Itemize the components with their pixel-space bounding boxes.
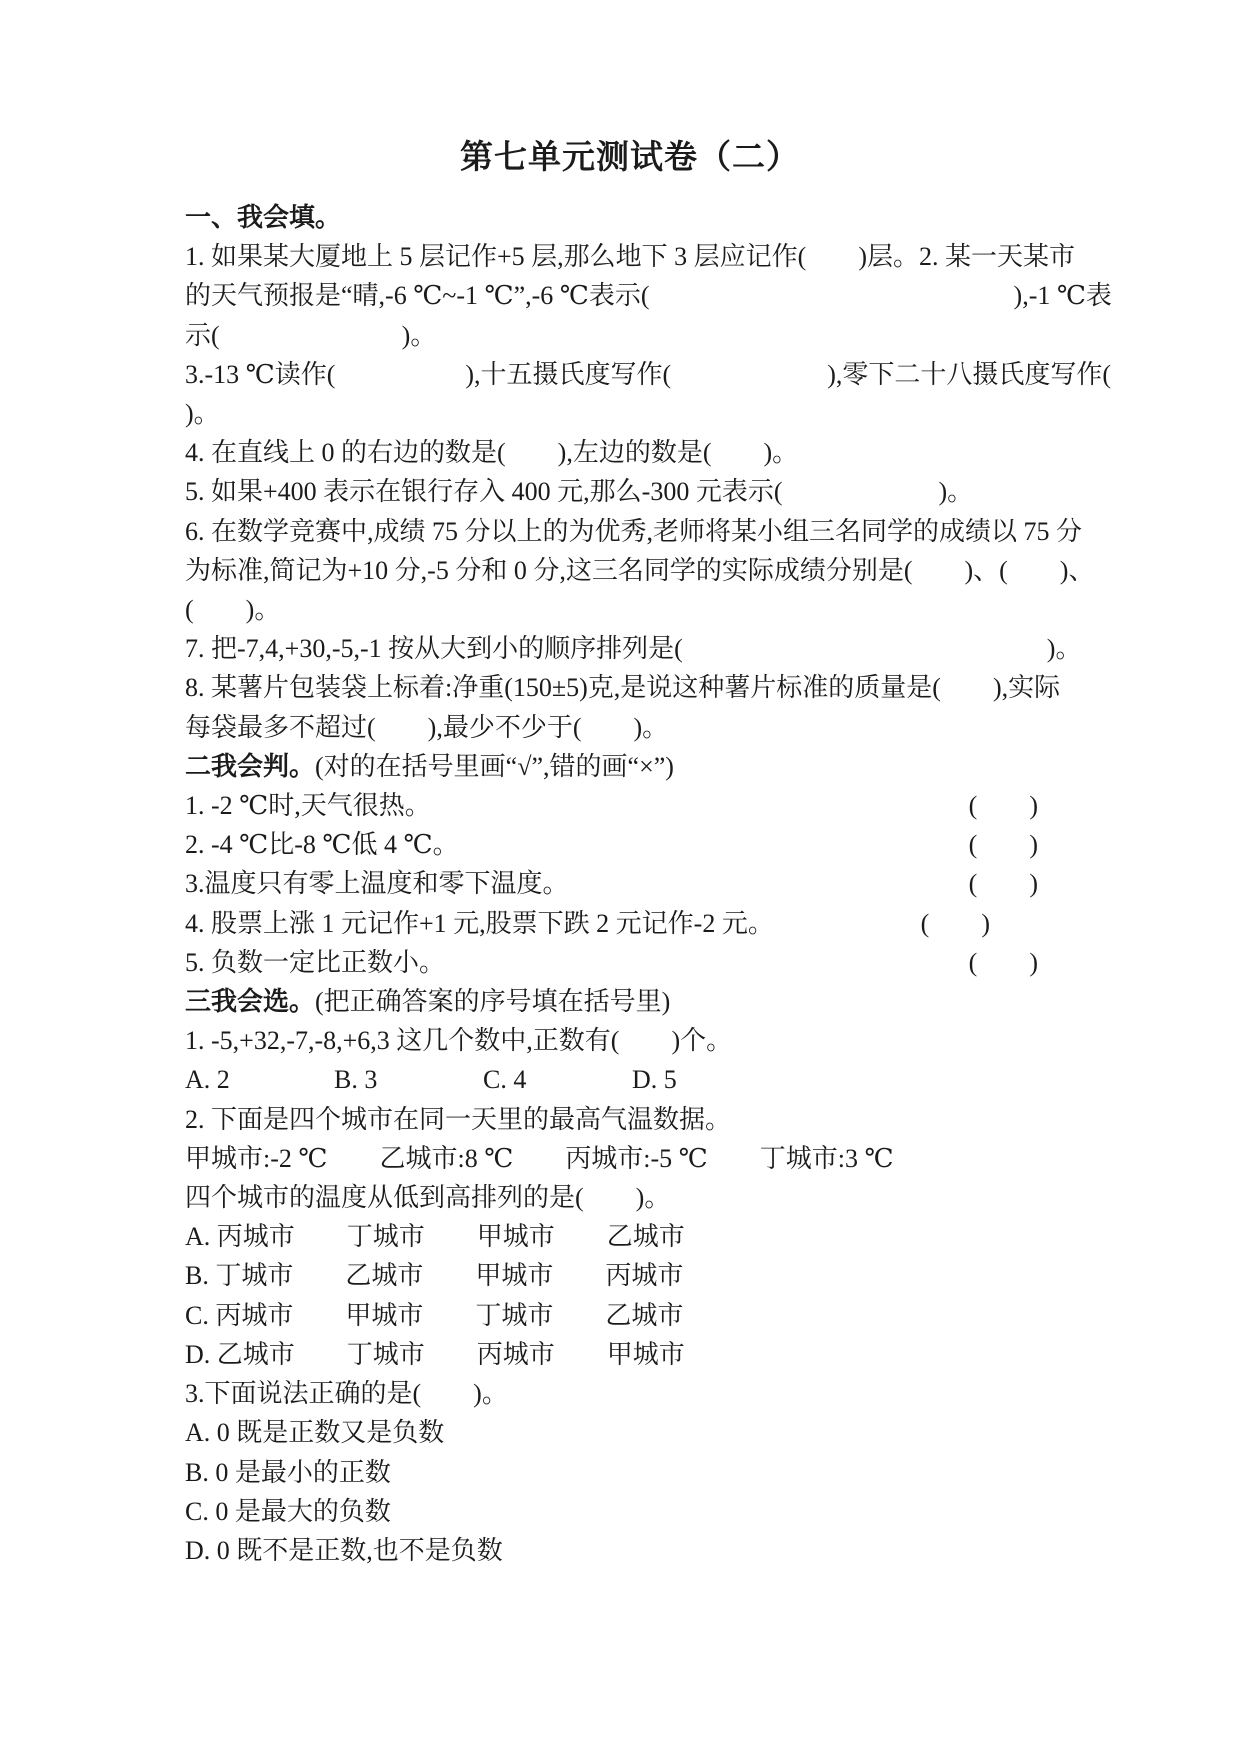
choice-q2-text: 2. 下面是四个城市在同一天里的最高气温数据。 (185, 1100, 1075, 1139)
judge-item-4: 4. 股票上涨 1 元记作+1 元,股票下跌 2 元记作-2 元。( ) (185, 904, 1075, 943)
fill-line-7: 5. 如果+400 表示在银行存入 400 元,那么-300 元表示( )。 (185, 472, 1075, 511)
judge-answer-blank: ( ) (969, 943, 1038, 982)
judge-item-text: 4. 股票上涨 1 元记作+1 元,股票下跌 2 元记作-2 元。 (185, 904, 774, 943)
choice-q2-question: 四个城市的温度从低到高排列的是( )。 (185, 1178, 1075, 1217)
judge-item-text: 1. -2 ℃时,天气很热。 (185, 786, 431, 825)
judge-item-text: 3.温度只有零上温度和零下温度。 (185, 864, 569, 903)
fill-line-13: 每袋最多不超过( ),最少不少于( )。 (185, 708, 1075, 747)
judge-answer-blank: ( ) (969, 786, 1038, 825)
section-1-heading: 一、我会填。 (185, 198, 1075, 237)
judge-answer-blank: ( ) (969, 864, 1038, 903)
choice-q1-text: 1. -5,+32,-7,-8,+6,3 这几个数中,正数有( )个。 (185, 1021, 1075, 1060)
judge-item-2: 2. -4 ℃比-8 ℃低 4 ℃。( ) (185, 825, 1075, 864)
choice-q2-data: 甲城市:-2 ℃ 乙城市:8 ℃ 丙城市:-5 ℃ 丁城市:3 ℃ (185, 1139, 1075, 1178)
fill-line-5: )。 (185, 394, 1075, 433)
fill-line-8: 6. 在数学竞赛中,成绩 75 分以上的为优秀,老师将某小组三名同学的成绩以 7… (185, 512, 1075, 551)
section-3-heading-bold: 三我会选。 (185, 986, 315, 1016)
section-2-heading: 二我会判。(对的在括号里画“√”,错的画“×”) (185, 747, 1075, 786)
choice-q1-option-d: D. 5 (632, 1060, 677, 1099)
choice-q1-option-b: B. 3 (334, 1060, 483, 1099)
choice-q2-option-b: B. 丁城市 乙城市 甲城市 丙城市 (185, 1256, 1075, 1295)
choice-q2-option-a: A. 丙城市 丁城市 甲城市 乙城市 (185, 1217, 1075, 1256)
judge-item-3: 3.温度只有零上温度和零下温度。( ) (185, 864, 1075, 903)
document-page: 第七单元测试卷（二） 一、我会填。 1. 如果某大厦地上 5 层记作+5 层,那… (0, 0, 1241, 1754)
fill-line-10: ( )。 (185, 590, 1075, 629)
judge-item-1: 1. -2 ℃时,天气很热。( ) (185, 786, 1075, 825)
fill-line-11: 7. 把-7,4,+30,-5,-1 按从大到小的顺序排列是( )。 (185, 629, 1075, 668)
judge-item-text: 5. 负数一定比正数小。 (185, 943, 445, 982)
judge-item-5: 5. 负数一定比正数小。( ) (185, 943, 1075, 982)
choice-q3-option-a: A. 0 既是正数又是负数 (185, 1413, 1075, 1452)
fill-line-9: 为标准,简记为+10 分,-5 分和 0 分,这三名同学的实际成绩分别是( )、… (185, 551, 1075, 590)
fill-line-12: 8. 某薯片包装袋上标着:净重(150±5)克,是说这种薯片标准的质量是( ),… (185, 668, 1075, 707)
section-2-heading-note: (对的在括号里画“√”,错的画“×”) (315, 752, 674, 781)
choice-q3-option-b: B. 0 是最小的正数 (185, 1453, 1075, 1492)
choice-q3-text: 3.下面说法正确的是( )。 (185, 1374, 1075, 1413)
page-title: 第七单元测试卷（二） (185, 138, 1075, 178)
judge-answer-blank: ( ) (921, 904, 990, 943)
judge-answer-blank: ( ) (969, 825, 1038, 864)
judge-item-text: 2. -4 ℃比-8 ℃低 4 ℃。 (185, 825, 459, 864)
choice-q3-option-c: C. 0 是最大的负数 (185, 1492, 1075, 1531)
fill-line-3: 示( )。 (185, 316, 1075, 355)
choice-q1-option-a: A. 2 (185, 1060, 334, 1099)
fill-line-2: 的天气预报是“晴,-6 ℃~-1 ℃”,-6 ℃表示( ),-1 ℃表 (185, 276, 1075, 315)
choice-q1-options: A. 2 B. 3 C. 4 D. 5 (185, 1060, 1075, 1099)
choice-q2-option-d: D. 乙城市 丁城市 丙城市 甲城市 (185, 1335, 1075, 1374)
fill-line-4: 3.-13 ℃读作( ),十五摄氏度写作( ),零下二十八摄氏度写作( (185, 355, 1075, 394)
section-3-heading-note: (把正确答案的序号填在括号里) (315, 987, 670, 1016)
section-3-heading: 三我会选。(把正确答案的序号填在括号里) (185, 982, 1075, 1021)
section-2-heading-bold: 二我会判。 (185, 751, 315, 781)
fill-line-6: 4. 在直线上 0 的右边的数是( ),左边的数是( )。 (185, 433, 1075, 472)
choice-q3-option-d: D. 0 既不是正数,也不是负数 (185, 1531, 1075, 1570)
choice-q1-option-c: C. 4 (483, 1060, 632, 1099)
choice-q2-option-c: C. 丙城市 甲城市 丁城市 乙城市 (185, 1296, 1075, 1335)
fill-line-1: 1. 如果某大厦地上 5 层记作+5 层,那么地下 3 层应记作( )层。2. … (185, 237, 1075, 276)
